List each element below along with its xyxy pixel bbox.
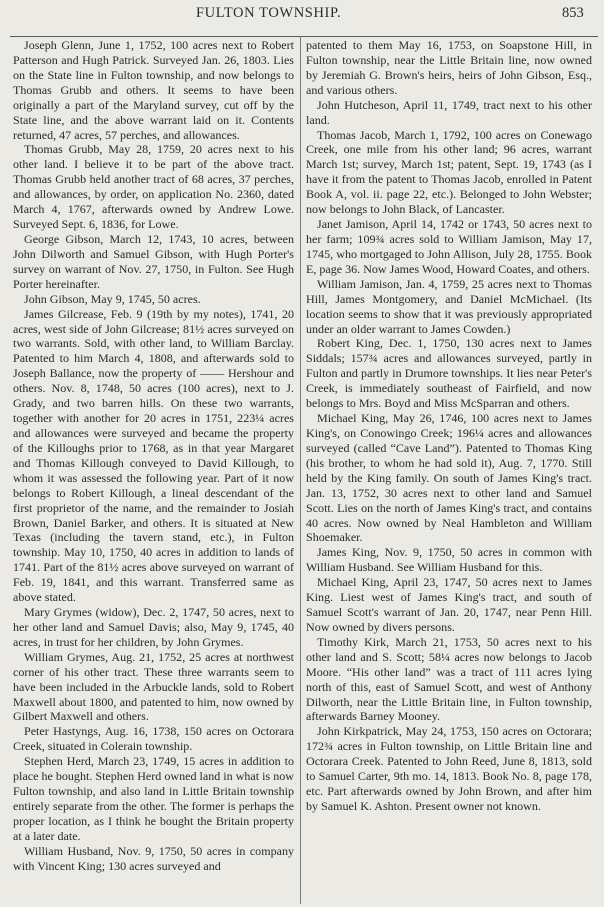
entry-james-king: James King, Nov. 9, 1750, 50 acres in co… xyxy=(306,545,592,575)
book-page: FULTON TOWNSHIP. 853 Joseph Glenn, June … xyxy=(0,0,604,907)
entry-william-grymes: William Grymes, Aug. 21, 1752, 25 acres … xyxy=(13,650,294,725)
entry-timothy-kirk: Timothy Kirk, March 21, 1753, 50 acres n… xyxy=(306,635,592,725)
entry-thomas-jacob: Thomas Jacob, March 1, 1792, 100 acres o… xyxy=(306,128,592,218)
header-rule xyxy=(10,36,598,37)
entry-joseph-glenn: Joseph Glenn, June 1, 1752, 100 acres ne… xyxy=(13,38,294,142)
running-title: FULTON TOWNSHIP. xyxy=(196,5,341,22)
page-header: FULTON TOWNSHIP. 853 xyxy=(0,2,604,24)
left-column: Joseph Glenn, June 1, 1752, 100 acres ne… xyxy=(13,38,294,874)
column-divider xyxy=(300,36,301,904)
entry-william-jamison: William Jamison, Jan. 4, 1759, 25 acres … xyxy=(306,277,592,337)
entry-michael-king-1747: Michael King, April 23, 1747, 50 acres n… xyxy=(306,575,592,635)
entry-michael-king-1746: Michael King, May 26, 1746, 100 acres ne… xyxy=(306,411,592,545)
right-column: patented to them May 16, 1753, on Soapst… xyxy=(306,38,592,814)
entry-janet-jamison: Janet Jamison, April 14, 1742 or 1743, 5… xyxy=(306,217,592,277)
entry-william-husband: William Husband, Nov. 9, 1750, 50 acres … xyxy=(13,844,294,874)
entry-john-gibson: John Gibson, May 9, 1745, 50 acres. xyxy=(13,292,294,307)
page-number: 853 xyxy=(562,5,584,22)
entry-stephen-herd: Stephen Herd, March 23, 1749, 15 acres i… xyxy=(13,754,294,844)
entry-peter-hastyngs: Peter Hastyngs, Aug. 16, 1738, 150 acres… xyxy=(13,724,294,754)
entry-continuation: patented to them May 16, 1753, on Soapst… xyxy=(306,38,592,98)
entry-robert-king: Robert King, Dec. 1, 1750, 130 acres nex… xyxy=(306,336,592,411)
entry-thomas-grubb: Thomas Grubb, May 28, 1759, 20 acres nex… xyxy=(13,142,294,232)
entry-mary-grymes: Mary Grymes (widow), Dec. 2, 1747, 50 ac… xyxy=(13,605,294,650)
entry-john-hutcheson: John Hutcheson, April 11, 1749, tract ne… xyxy=(306,98,592,128)
entry-george-gibson: George Gibson, March 12, 1743, 10 acres,… xyxy=(13,232,294,292)
entry-james-gilcrease: James Gilcrease, Feb. 9 (19th by my note… xyxy=(13,307,294,605)
entry-john-kirkpatrick: John Kirkpatrick, May 24, 1753, 150 acre… xyxy=(306,724,592,814)
